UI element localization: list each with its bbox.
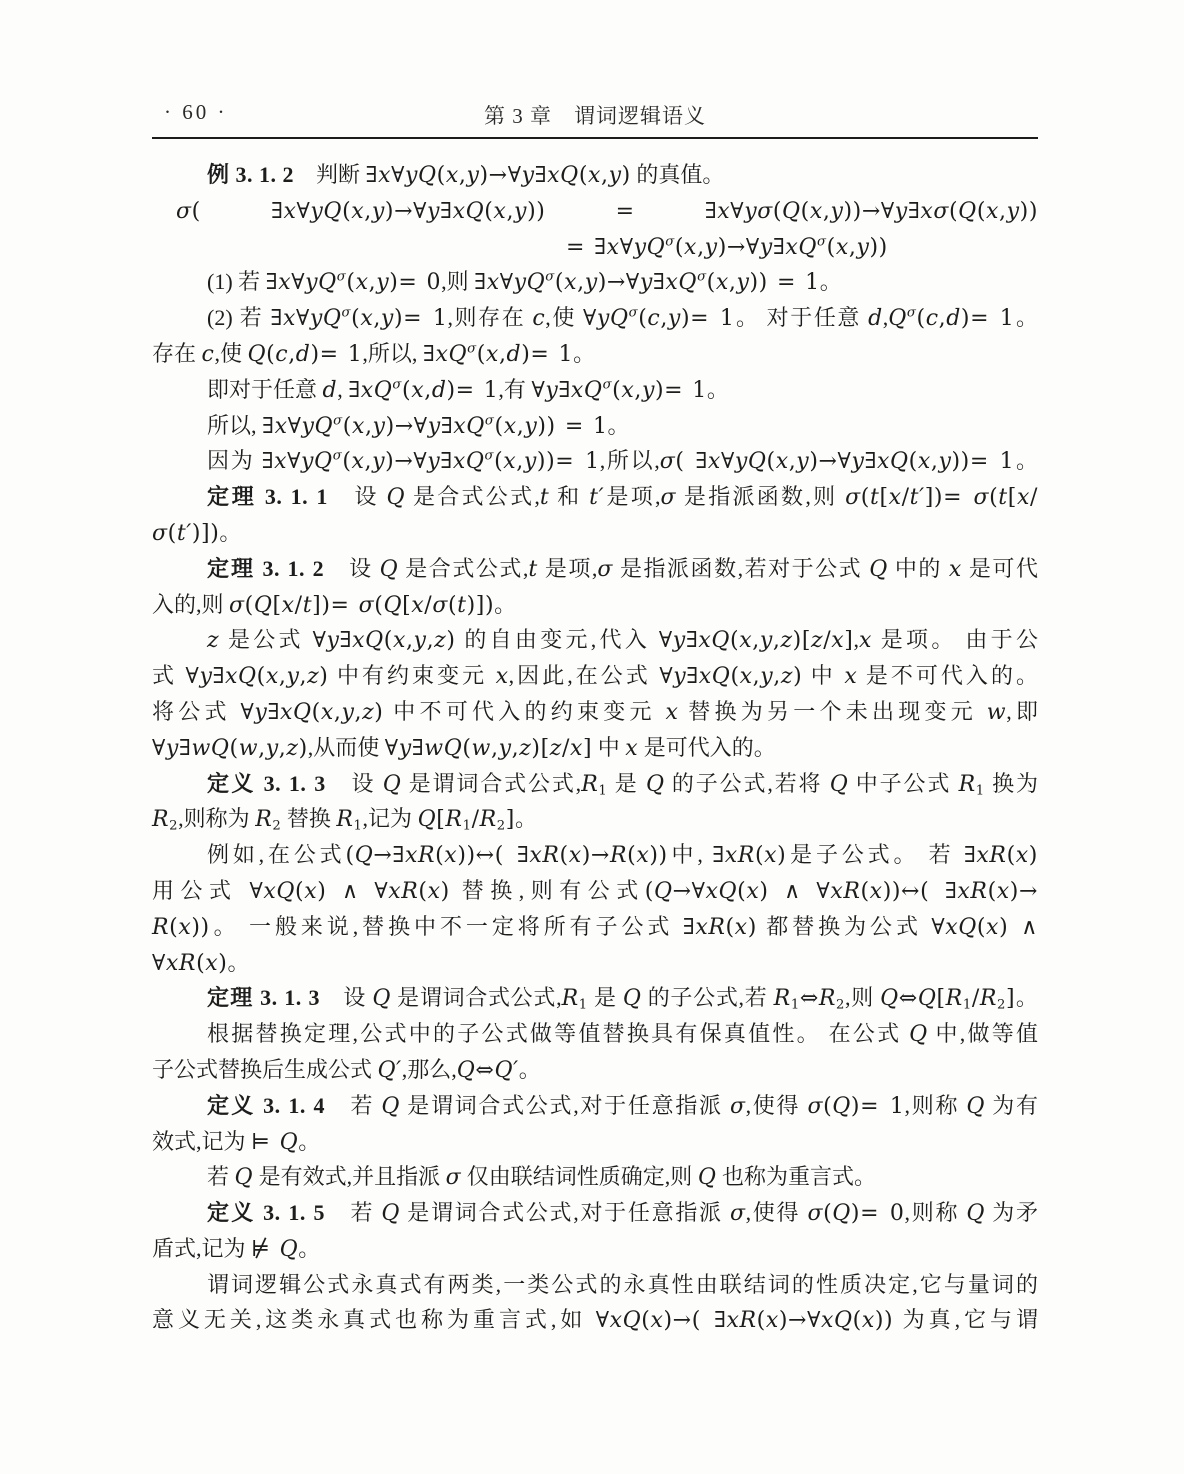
body-line: 定义 3. 1. 5 若 Q 是谓词合式公式,对于任意指派 σ,使得 σ(Q)=… [152, 1196, 1038, 1232]
body-line: 例 3. 1. 2 判断 ∃x∀yQ(x,y)→∀y∃xQ(x,y) 的真值。 [152, 158, 1038, 194]
body-line: 定理 3. 1. 2 设 Q 是合式公式,t 是项,σ 是指派函数,若对于公式 … [152, 552, 1038, 588]
body-line: (1) 若 ∃x∀yQσ(x,y)= 0,则 ∃x∀yQσ(x,y)→∀y∃xQ… [152, 265, 1038, 301]
body-line: 效式,记为 ⊨ Q。 [152, 1125, 1038, 1161]
body-line: 子公式替换后生成公式 Q′,那么,Q⇔Q′。 [152, 1053, 1038, 1089]
page-body: 例 3. 1. 2 判断 ∃x∀yQ(x,y)→∀y∃xQ(x,y) 的真值。σ… [152, 158, 1038, 1338]
book-page: · 60 · 第 3 章 谓词逻辑语义 例 3. 1. 2 判断 ∃x∀yQ(x… [0, 0, 1184, 1474]
body-line: R(x))。 一般来说,替换中不一定将所有子公式 ∃xR(x) 都替换为公式 ∀… [152, 910, 1038, 946]
body-line: 将公式 ∀y∃xQ(x,y,z) 中不可代入的约束变元 x 替换为另一个未出现变… [152, 695, 1038, 731]
body-line: R2,则称为 R2 替换 R1,记为 Q[R1/R2]。 [152, 802, 1038, 838]
body-line: 根据替换定理,公式中的子公式做等值替换具有保真值性。 在公式 Q 中,做等值 [152, 1017, 1038, 1053]
body-line: 盾式,记为 ⊭ Q。 [152, 1232, 1038, 1268]
body-line: 谓词逻辑公式永真式有两类,一类公式的永真性由联结词的性质决定,它与量词的 [152, 1268, 1038, 1303]
body-line: ∀y∃wQ(w,y,z),从而使 ∀y∃wQ(w,y,z)[z/x] 中 x 是… [152, 731, 1038, 767]
body-line: 定理 3. 1. 1 设 Q 是合式公式,t 和 t′是项,σ 是指派函数,则 … [152, 480, 1038, 516]
body-line: 定理 3. 1. 3 设 Q 是谓词合式公式,R1 是 Q 的子公式,若 R1⇔… [152, 981, 1038, 1017]
page-header: · 60 · 第 3 章 谓词逻辑语义 [152, 98, 1038, 130]
body-line: 意义无关,这类永真式也称为重言式,如 ∀xQ(x)→( ∃xR(x)→∀xQ(x… [152, 1303, 1038, 1339]
body-line: 所以, ∃x∀yQσ(x,y)→∀y∃xQσ(x,y)) = 1。 [152, 409, 1038, 445]
body-line: 存在 c,使 Q(c,d)= 1,所以, ∃xQσ(x,d)= 1。 [152, 337, 1038, 373]
body-line: 例如,在公式(Q→∃xR(x))↔( ∃xR(x)→R(x))中, ∃xR(x)… [152, 838, 1038, 874]
body-line: ∀xR(x)。 [152, 946, 1038, 982]
body-line: σ(t′)])。 [152, 516, 1038, 552]
body-line: 入的,则 σ(Q[x/t])= σ(Q[x/σ(t)])。 [152, 588, 1038, 624]
body-line: = ∃x∀yQσ(x,y)→∀y∃xQσ(x,y)) [152, 230, 1038, 266]
chapter-title: 第 3 章 谓词逻辑语义 [152, 100, 1038, 130]
header-rule [152, 137, 1038, 139]
body-line: z 是公式 ∀y∃xQ(x,y,z) 的自由变元,代入 ∀y∃xQ(x,y,z)… [152, 623, 1038, 659]
body-line: 即对于任意 d, ∃xQσ(x,d)= 1,有 ∀y∃xQσ(x,y)= 1。 [152, 373, 1038, 409]
body-line: 若 Q 是有效式,并且指派 σ 仅由联结词性质确定,则 Q 也称为重言式。 [152, 1160, 1038, 1196]
body-line: σ( ∃x∀yQ(x,y)→∀y∃xQ(x,y)) = ∃x∀yσ(Q(x,y)… [152, 194, 1038, 230]
body-line: (2) 若 ∃x∀yQσ(x,y)= 1,则存在 c,使 ∀yQσ(c,y)= … [152, 301, 1038, 337]
body-line: 式 ∀y∃xQ(x,y,z) 中有约束变元 x,因此,在公式 ∀y∃xQ(x,y… [152, 659, 1038, 695]
body-line: 用公式 ∀xQ(x) ∧ ∀xR(x) 替换,则有公式(Q→∀xQ(x) ∧ ∀… [152, 874, 1038, 910]
body-line: 定义 3. 1. 4 若 Q 是谓词合式公式,对于任意指派 σ,使得 σ(Q)=… [152, 1089, 1038, 1125]
body-line: 因为 ∃x∀yQσ(x,y)→∀y∃xQσ(x,y))= 1,所以,σ( ∃x∀… [152, 444, 1038, 480]
body-line: 定义 3. 1. 3 设 Q 是谓词合式公式,R1 是 Q 的子公式,若将 Q … [152, 767, 1038, 803]
